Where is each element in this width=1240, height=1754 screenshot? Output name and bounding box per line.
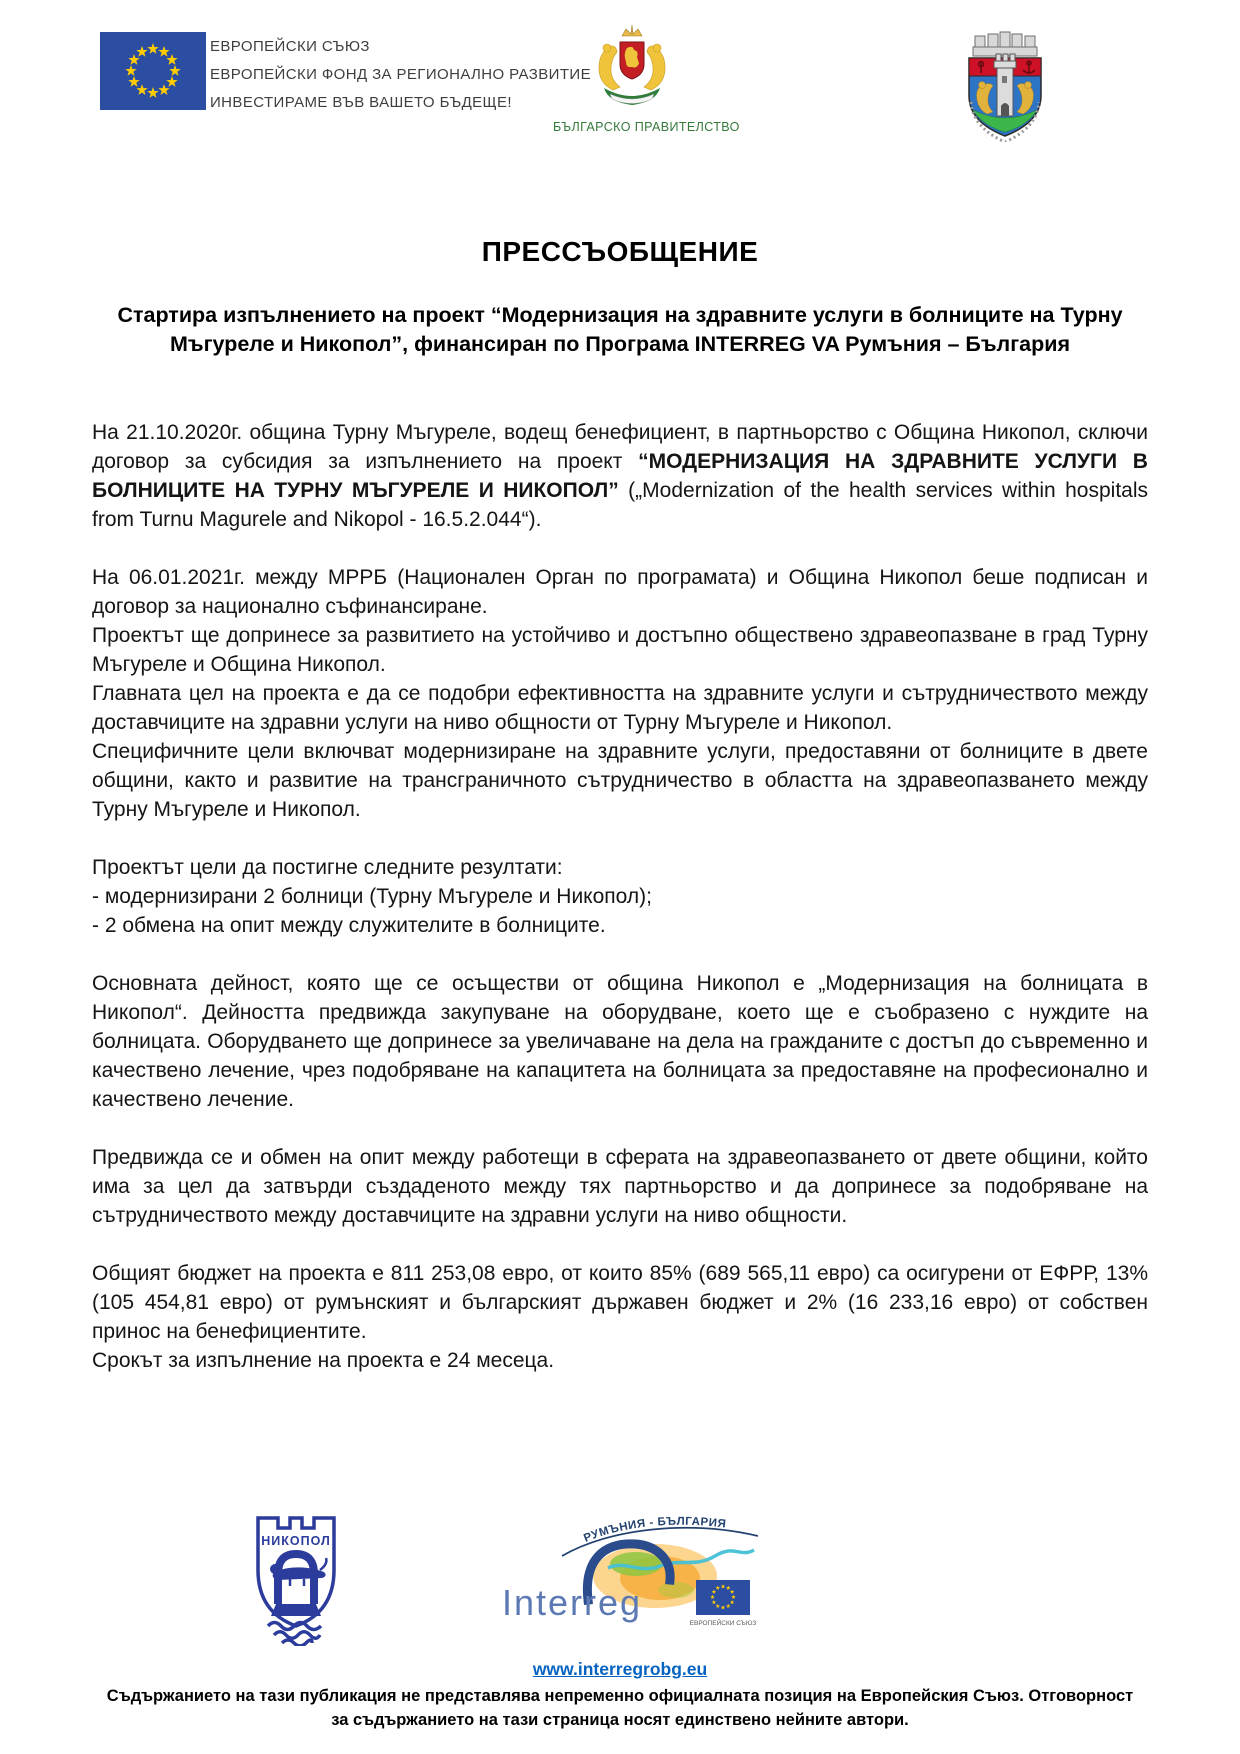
page-title: ПРЕССЪОБЩЕНИЕ [0,236,1240,268]
paragraph-main-activity: Основната дейност, която ще се осъществи… [92,969,1148,1114]
paragraph-budget: Общият бюджет на проекта е 811 253,08 ев… [92,1259,1148,1375]
press-release-body: На 21.10.2020г. община Турну Мъгуреле, в… [92,418,1148,1404]
interreg-website-link[interactable]: www.interregrobg.eu [533,1659,707,1679]
svg-text:РУМЪНИЯ - БЪЛГАРИЯ: РУМЪНИЯ - БЪЛГАРИЯ [582,1516,727,1545]
press-release-page: ЕВРОПЕЙСКИ СЪЮЗ ЕВРОПЕЙСКИ ФОНД ЗА РЕГИО… [0,0,1240,1754]
interreg-arc-text: РУМЪНИЯ - БЪЛГАРИЯ [582,1516,727,1545]
footer-link-row: www.interregrobg.eu [0,1659,1240,1680]
paragraph-exchange-text: Предвижда се и обмен на опит между работ… [92,1143,1148,1230]
paragraph-cofinancing: На 06.01.2021г. между МРРБ (Национален О… [92,563,1148,621]
government-caption: БЪЛГАРСКО ПРАВИТЕЛСТВО [553,120,711,134]
paragraph-specific-goals: Специфичните цели включват модернизиране… [92,737,1148,824]
eu-flag-small-icon: ЕВРОПЕЙСКИ СЪЮЗ [690,1580,757,1627]
disclaimer-line-1: Съдържанието на тази публикация не предс… [70,1684,1170,1708]
paragraph-goals: На 06.01.2021г. между МРРБ (Национален О… [92,563,1148,824]
turnu-magurele-coat-of-arms-icon [957,26,1053,142]
paragraph-main-goal: Главната цел на проекта е да се подобри … [92,679,1148,737]
nikopol-caption: НИКОПОЛ [261,1534,331,1548]
result-item-2: - 2 обмена на опит между служителите в б… [92,911,1148,940]
interreg-wordmark: Interreg [502,1582,642,1623]
bulgarian-coat-of-arms-icon [580,22,684,114]
paragraph-exchange: Предвижда се и обмен на опит между работ… [92,1143,1148,1230]
eu-funding-text: ЕВРОПЕЙСКИ СЪЮЗ ЕВРОПЕЙСКИ ФОНД ЗА РЕГИО… [210,36,591,120]
results-heading: Проектът цели да постигне следните резул… [92,853,1148,882]
paragraph-budget-text: Общият бюджет на проекта е 811 253,08 ев… [92,1259,1148,1346]
paragraph-duration-text: Срокът за изпълнение на проекта е 24 мес… [92,1346,1148,1375]
eu-fund-label: ЕВРОПЕЙСКИ ФОНД ЗА РЕГИОНАЛНО РАЗВИТИЕ [210,64,591,92]
paragraph-contract: На 21.10.2020г. община Турну Мъгуреле, в… [92,418,1148,534]
paragraph-main-activity-text: Основната дейност, която ще се осъществи… [92,969,1148,1114]
eu-union-label: ЕВРОПЕЙСКИ СЪЮЗ [210,36,591,64]
press-release-subtitle: Стартира изпълнението на проект “Модерни… [92,301,1148,359]
interreg-logo: РУМЪНИЯ - БЪЛГАРИЯ Interreg ЕВРОПЕЙСКИ С… [500,1508,800,1632]
bulgarian-government-logo: БЪЛГАРСКО ПРАВИТЕЛСТВО [553,22,711,134]
results-section: Проектът цели да постигне следните резул… [92,853,1148,940]
paragraph-contribution: Проектът ще допринесе за развитието на у… [92,621,1148,679]
eu-small-caption: ЕВРОПЕЙСКИ СЪЮЗ [690,1618,757,1627]
eu-flag-icon [100,32,206,110]
eu-invest-label: ИНВЕСТИРАМЕ ВЪВ ВАШЕТО БЪДЕЩЕ! [210,92,591,120]
nikopol-coat-of-arms-icon: НИКОПОЛ [248,1512,344,1646]
result-item-1: - модернизирани 2 болници (Турну Мъгурел… [92,882,1148,911]
disclaimer: Съдържанието на тази публикация не предс… [70,1684,1170,1732]
disclaimer-line-2: за съдържанието на тази страница носят е… [70,1708,1170,1732]
